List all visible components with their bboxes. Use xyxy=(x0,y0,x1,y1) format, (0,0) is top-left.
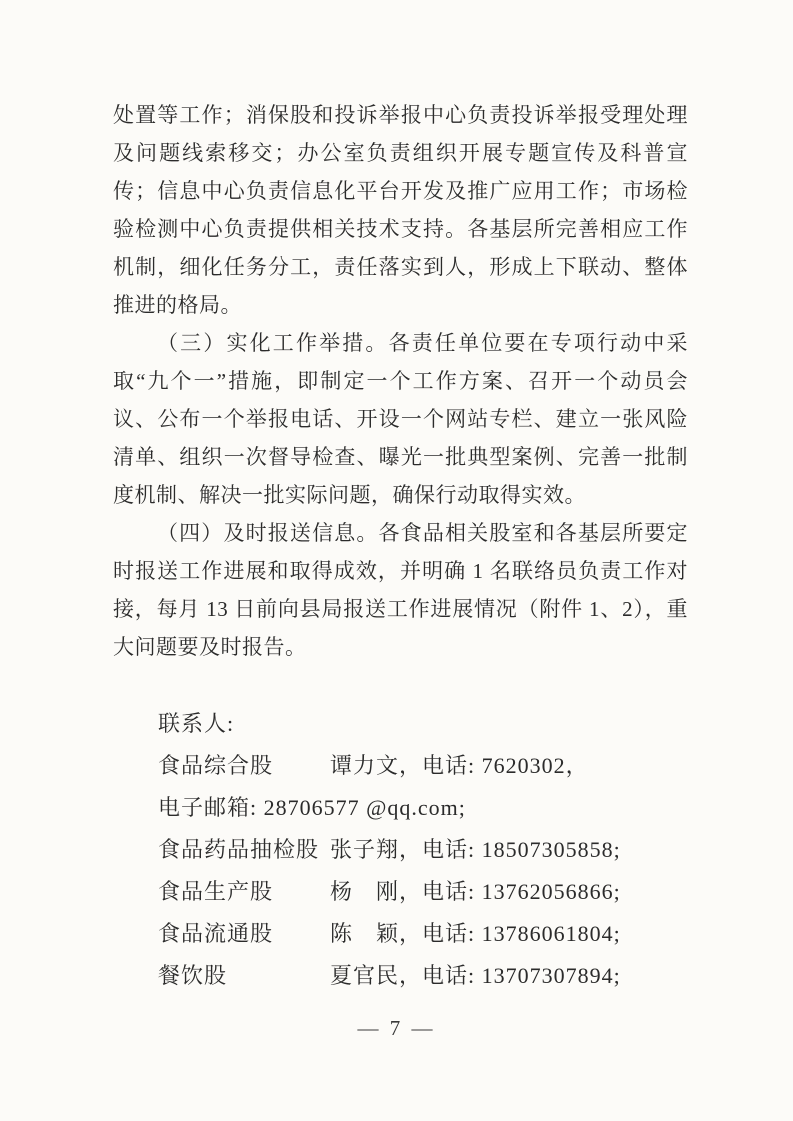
contact-dept: 食品综合股 xyxy=(158,745,330,787)
document-body: 处置等工作；消保股和投诉举报中心负责投诉举报受理处理及问题线索移交；办公室负责组… xyxy=(113,96,688,666)
contact-detail: 张子翔，电话: 18507305858; xyxy=(330,829,621,871)
contact-row: 食品综合股 谭力文，电话: 7620302， xyxy=(158,745,703,787)
document-page: 处置等工作；消保股和投诉举报中心负责投诉举报受理处理及问题线索移交；办公室负责组… xyxy=(0,0,793,1121)
contact-dept: 食品生产股 xyxy=(158,871,330,913)
contact-row: 食品生产股 杨 刚，电话: 13762056866; xyxy=(158,871,703,913)
contact-email: 电子邮箱: 28706577 @qq.com; xyxy=(158,787,330,829)
contact-row: 食品药品抽检股 张子翔，电话: 18507305858; xyxy=(158,829,703,871)
contact-dept: 食品流通股 xyxy=(158,913,330,955)
contact-row: 食品流通股 陈 颖，电话: 13786061804; xyxy=(158,913,703,955)
contact-detail: 陈 颖，电话: 13786061804; xyxy=(330,913,621,955)
contact-list-heading: 联系人: xyxy=(158,703,703,745)
contact-row: 电子邮箱: 28706577 @qq.com; xyxy=(158,787,703,829)
contact-detail: 谭力文，电话: 7620302， xyxy=(330,745,589,787)
paragraph-section-3: （三）实化工作举措。各责任单位要在专项行动中采取“九个一”措施，即制定一个工作方… xyxy=(113,324,688,514)
contact-row: 餐饮股 夏官民，电话: 13707307894; xyxy=(158,955,703,997)
paragraph-continuation: 处置等工作；消保股和投诉举报中心负责投诉举报受理处理及问题线索移交；办公室负责组… xyxy=(113,96,688,324)
page-number: — 7 — xyxy=(0,1016,793,1041)
contact-dept: 餐饮股 xyxy=(158,955,330,997)
contact-dept: 食品药品抽检股 xyxy=(158,829,330,871)
contact-detail: 杨 刚，电话: 13762056866; xyxy=(330,871,621,913)
contact-list: 联系人: 食品综合股 谭力文，电话: 7620302， 电子邮箱: 287065… xyxy=(158,703,703,997)
paragraph-section-4: （四）及时报送信息。各食品相关股室和各基层所要定时报送工作进展和取得成效，并明确… xyxy=(113,514,688,666)
contact-detail: 夏官民，电话: 13707307894; xyxy=(330,955,621,997)
